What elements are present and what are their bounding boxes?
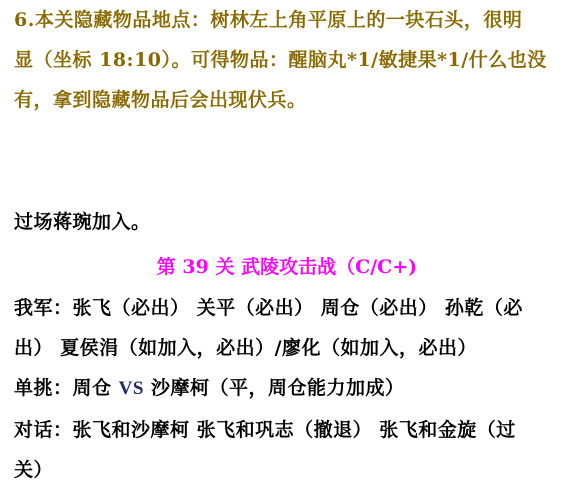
dialogue-line-2: 关）	[14, 458, 53, 482]
duel-line: 单挑：周仓 VS 沙摩柯（平，周仓能力加成）	[14, 376, 405, 401]
duel-vs: VS	[119, 378, 144, 399]
hidden-item-line-2: 显（坐标 18:10）。可得物品：醒脑丸*1/敏捷果*1/什么也没	[14, 48, 547, 72]
chapter-title: 第 39 关 武陵攻击战（C/C+)	[0, 255, 574, 279]
our-army-line-2: 出） 夏侯涓（如加入，必出）/廖化（如加入，必出）	[14, 336, 477, 360]
cutscene-note: 过场蒋琬加入。	[14, 210, 151, 234]
duel-rest: 沙摩柯（平，周仓能力加成）	[144, 377, 405, 399]
hidden-item-line-1: 6.本关隐藏物品地点：树林左上角平原上的一块石头，很明	[14, 8, 522, 32]
our-army-line-1: 我军：张飞（必出） 关平（必出） 周仓（必出） 孙乾（必	[14, 296, 523, 320]
duel-label: 单挑：周仓	[14, 377, 119, 399]
dialogue-line-1: 对话：张飞和沙摩柯 张飞和巩志（撤退） 张飞和金旋（过	[14, 418, 516, 442]
hidden-item-line-3: 有，拿到隐藏物品后会出现伏兵。	[14, 88, 307, 112]
